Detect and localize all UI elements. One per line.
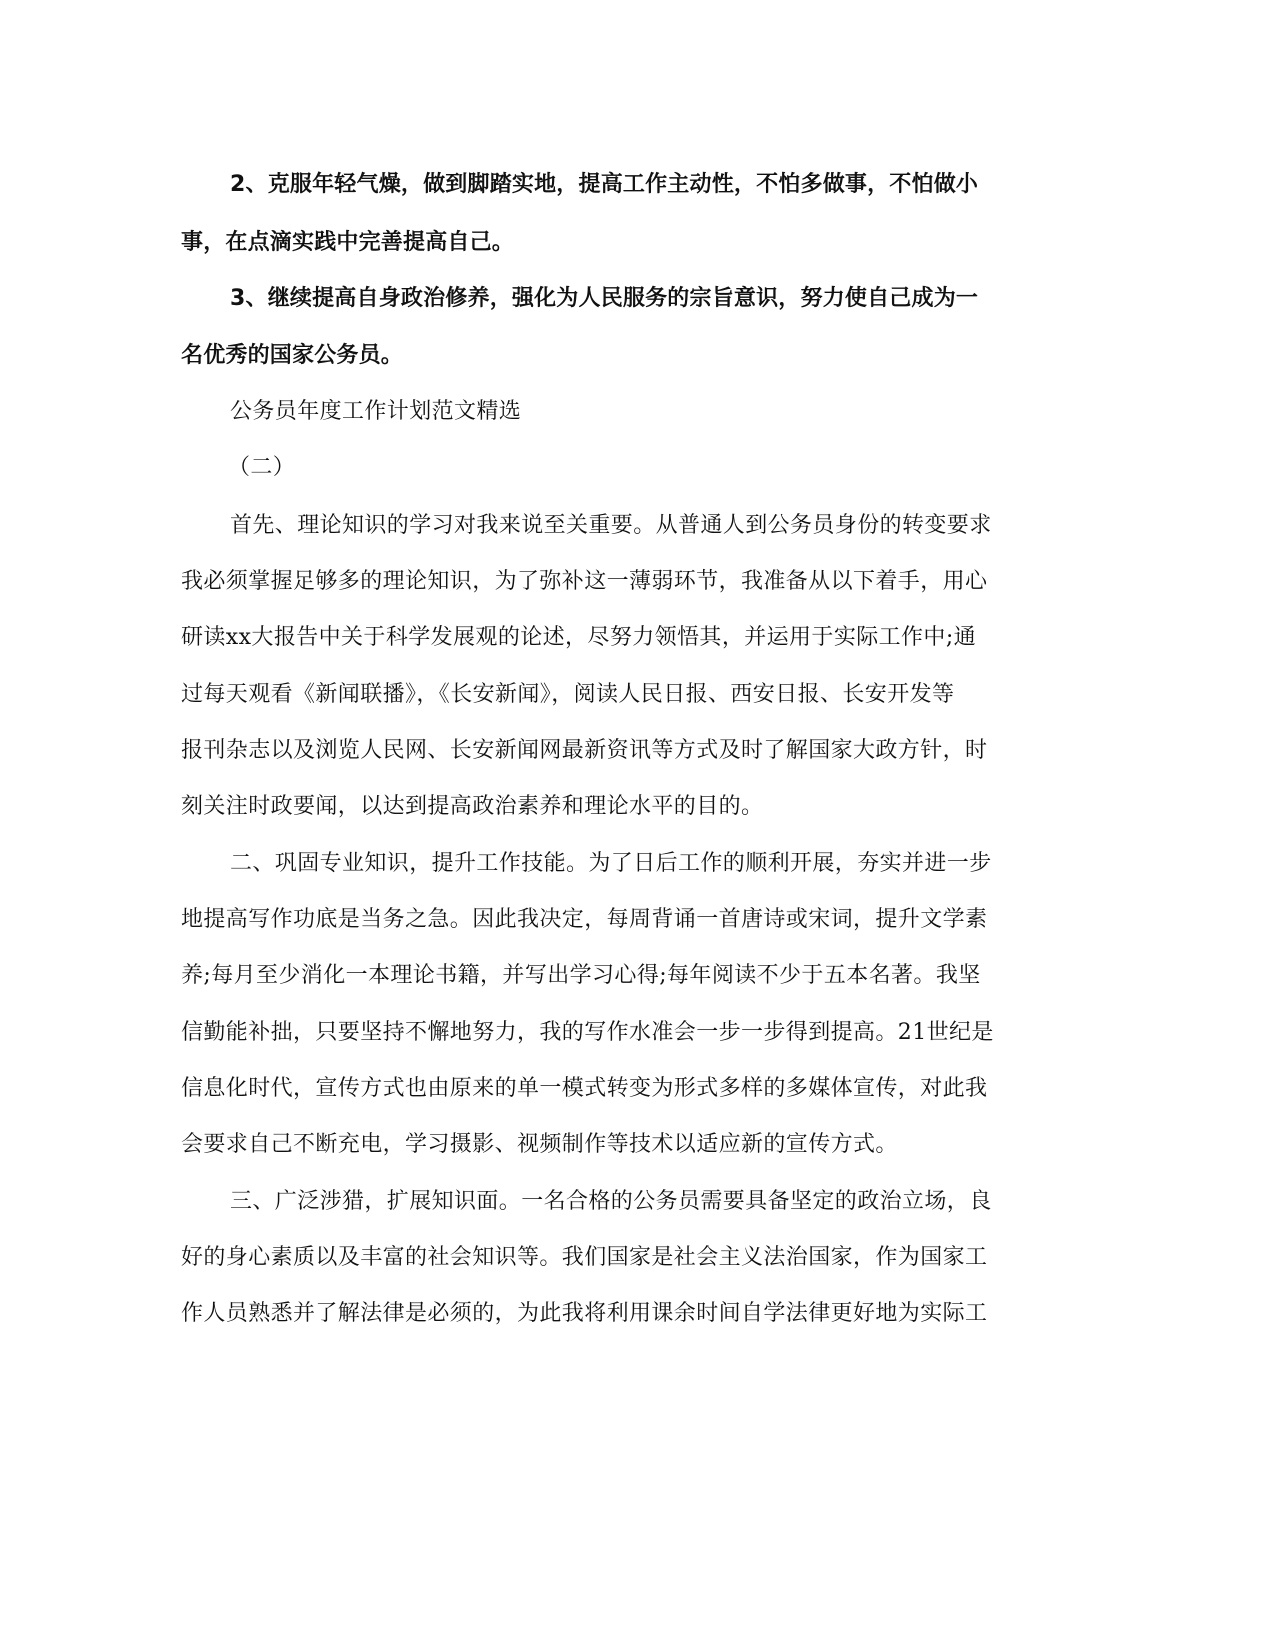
paragraph-1-line-3: 研读xx大报告中关于科学发展观的论述，尽努力领悟其，并运用于实际工作中;通: [181, 623, 1041, 653]
section-heading: 公务员年度工作计划范文精选: [230, 397, 1090, 427]
paragraph-3-line-3: 作人员熟悉并了解法律是必须的，为此我将利用课余时间自学法律更好地为实际工: [181, 1299, 1041, 1329]
paragraph-1-line-6: 刻关注时政要闻，以达到提高政治素养和理论水平的目的。: [181, 792, 1041, 822]
section-subheading: （二）: [228, 453, 1088, 483]
document-page: 2、克服年轻气燥，做到脚踏实地，提高工作主动性，不怕多做事，不怕做小 事，在点滴…: [0, 0, 1275, 1650]
paragraph-2-line-4: 信勤能补拙，只要坚持不懈地努力，我的写作水准会一步一步得到提高。21世纪是: [181, 1018, 1041, 1048]
paragraph-2-line-6: 会要求自己不断充电，学习摄影、视频制作等技术以适应新的宣传方式。: [181, 1130, 1041, 1160]
bold-item-2-line-1: 2、克服年轻气燥，做到脚踏实地，提高工作主动性，不怕多做事，不怕做小: [230, 170, 1090, 200]
paragraph-2-line-1: 二、巩固专业知识，提升工作技能。为了日后工作的顺利开展，夯实并进一步: [230, 849, 1090, 879]
bold-item-3-line-2: 名优秀的国家公务员。: [181, 341, 1041, 371]
bold-item-2-line-2: 事，在点滴实践中完善提高自己。: [181, 228, 1041, 258]
paragraph-1-line-1: 首先、理论知识的学习对我来说至关重要。从普通人到公务员身份的转变要求: [230, 511, 1090, 541]
paragraph-2-line-3: 养;每月至少消化一本理论书籍，并写出学习心得;每年阅读不少于五本名著。我坚: [181, 961, 1041, 991]
paragraph-3-line-2: 好的身心素质以及丰富的社会知识等。我们国家是社会主义法治国家，作为国家工: [181, 1243, 1041, 1273]
paragraph-1-line-2: 我必须掌握足够多的理论知识，为了弥补这一薄弱环节，我准备从以下着手，用心: [181, 567, 1041, 597]
paragraph-1-line-5: 报刊杂志以及浏览人民网、长安新闻网最新资讯等方式及时了解国家大政方针，时: [181, 736, 1041, 766]
bold-item-3-line-1: 3、继续提高自身政治修养，强化为人民服务的宗旨意识，努力使自己成为一: [230, 284, 1090, 314]
paragraph-1-line-4: 过每天观看《新闻联播》，《长安新闻》，阅读人民日报、西安日报、长安开发等: [181, 680, 1041, 710]
paragraph-3-line-1: 三、广泛涉猎，扩展知识面。一名合格的公务员需要具备坚定的政治立场，良: [230, 1187, 1090, 1217]
paragraph-2-line-2: 地提高写作功底是当务之急。因此我决定，每周背诵一首唐诗或宋词，提升文学素: [181, 905, 1041, 935]
paragraph-2-line-5: 信息化时代，宣传方式也由原来的单一模式转变为形式多样的多媒体宣传，对此我: [181, 1074, 1041, 1104]
